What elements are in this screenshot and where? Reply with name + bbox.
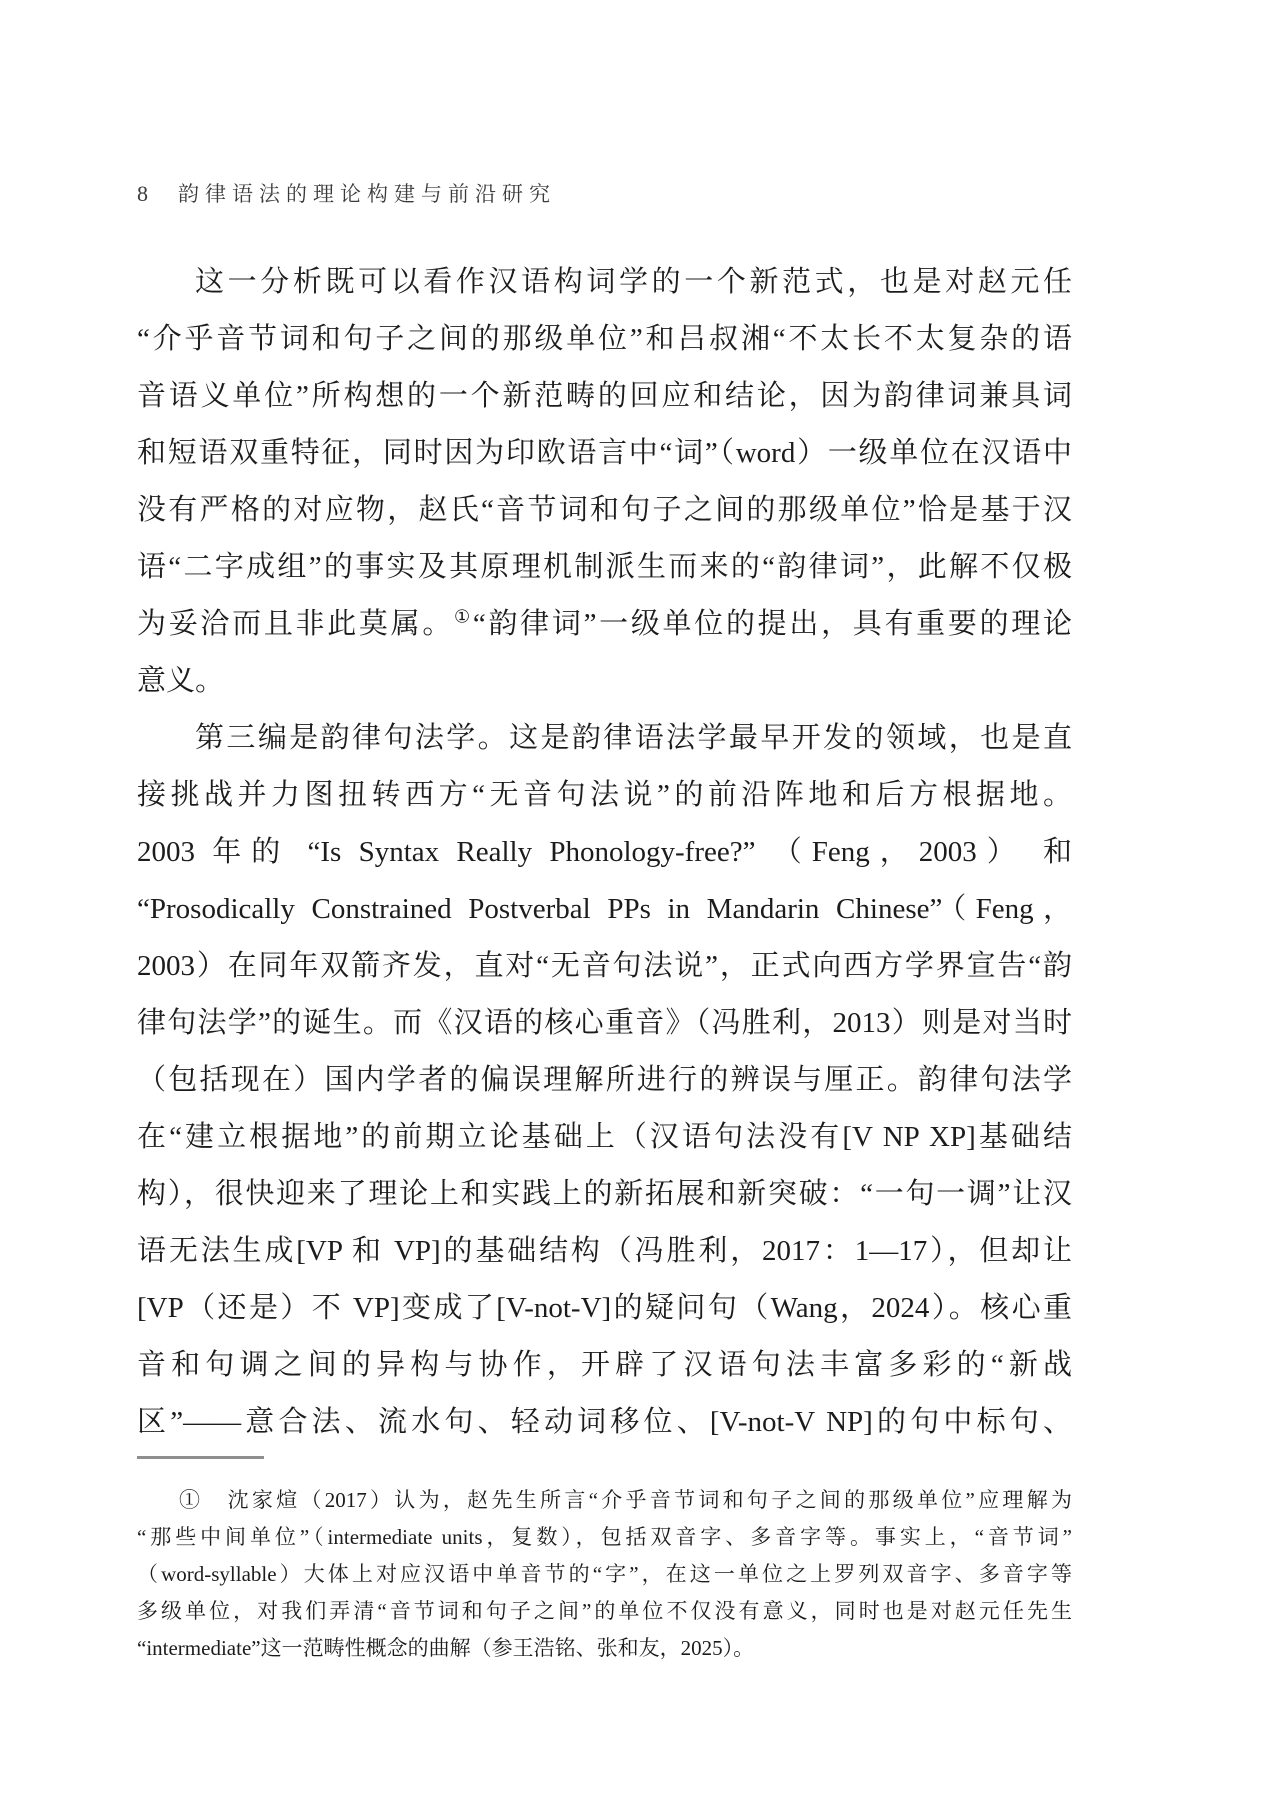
footnote-line: （word-syllable）大体上对应汉语中单音节的“字”，在这一单位之上罗列… bbox=[137, 1556, 1072, 1593]
running-title: 韵律语法的理论构建与前沿研究 bbox=[178, 178, 556, 208]
body-text-line: 意义。 bbox=[137, 653, 1072, 710]
body-text-line: 语无法生成[VP 和 VP]的基础结构（冯胜利，2017：1—17），但却让 bbox=[137, 1223, 1072, 1280]
body-text-line: 音语义单位”所构想的一个新范畴的回应和结论，因为韵律词兼具词 bbox=[137, 368, 1072, 425]
footnote-separator-rule bbox=[137, 1456, 264, 1459]
body-text-line: 为妥洽而且非此莫属。①“韵律词”一级单位的提出，具有重要的理论 bbox=[137, 596, 1072, 653]
body-text-line: （包括现在）国内学者的偏误理解所进行的辨误与厘正。韵律句法学 bbox=[137, 1052, 1072, 1109]
body-text-line: “Prosodically Constrained Postverbal PPs… bbox=[137, 881, 1072, 938]
body-text-line: 语“二字成组”的事实及其原理机制派生而来的“韵律词”，此解不仅极 bbox=[137, 539, 1072, 596]
footnote-reference-mark: ① bbox=[454, 606, 473, 626]
book-page: 8 韵律语法的理论构建与前沿研究 这一分析既可以看作汉语构词学的一个新范式，也是… bbox=[0, 0, 1280, 1819]
body-text-line: 这一分析既可以看作汉语构词学的一个新范式，也是对赵元任 bbox=[137, 254, 1072, 311]
body-text-line: 音和句调之间的异构与协作，开辟了汉语句法丰富多彩的“新战 bbox=[137, 1337, 1072, 1394]
body-text-line: 构），很快迎来了理论上和实践上的新拓展和新突破：“一句一调”让汉 bbox=[137, 1166, 1072, 1223]
body-text-line: 第三编是韵律句法学。这是韵律语法学最早开发的领域，也是直 bbox=[137, 710, 1072, 767]
body-text-line: “介乎音节词和句子之间的那级单位”和吕叔湘“不太长不太复杂的语 bbox=[137, 311, 1072, 368]
body-text-line: 律句法学”的诞生。而《汉语的核心重音》（冯胜利，2013）则是对当时 bbox=[137, 995, 1072, 1052]
footnote-line: “intermediate”这一范畴性概念的曲解（参王浩铭、张和友，2025）。 bbox=[137, 1630, 1072, 1667]
footnote: ① 沈家煊（2017）认为，赵先生所言“介乎音节词和句子之间的那级单位”应理解为… bbox=[137, 1482, 1072, 1667]
body-text-line: 接挑战并力图扭转西方“无音句法说”的前沿阵地和后方根据地。 bbox=[137, 767, 1072, 824]
paragraph-1: 这一分析既可以看作汉语构词学的一个新范式，也是对赵元任 “介乎音节词和句子之间的… bbox=[137, 254, 1072, 710]
body-text-segment: 为妥洽而且非此莫属。 bbox=[137, 608, 454, 640]
page-number: 8 bbox=[137, 181, 148, 207]
body-text: 这一分析既可以看作汉语构词学的一个新范式，也是对赵元任 “介乎音节词和句子之间的… bbox=[137, 254, 1072, 1451]
body-text-line: 区”——意合法、流水句、轻动词移位、[V-not-V NP]的句中标句、 bbox=[137, 1394, 1072, 1451]
body-text-line: 2003 年的 “Is Syntax Really Phonology-free… bbox=[137, 824, 1072, 881]
body-text-segment: “韵律词”一级单位的提出，具有重要的理论 bbox=[473, 608, 1072, 640]
body-text-line: 2003）在同年双箭齐发，直对“无音句法说”，正式向西方学界宣告“韵 bbox=[137, 938, 1072, 995]
footnote-line: ① 沈家煊（2017）认为，赵先生所言“介乎音节词和句子之间的那级单位”应理解为 bbox=[137, 1482, 1072, 1519]
body-text-line: [VP（还是）不 VP]变成了[V-not-V]的疑问句（Wang，2024）。… bbox=[137, 1280, 1072, 1337]
footnote-line: “那些中间单位”（intermediate units，复数），包括双音字、多音… bbox=[137, 1519, 1072, 1556]
body-text-line: 在“建立根据地”的前期立论基础上（汉语句法没有[V NP XP]基础结 bbox=[137, 1109, 1072, 1166]
paragraph-2: 第三编是韵律句法学。这是韵律语法学最早开发的领域，也是直 接挑战并力图扭转西方“… bbox=[137, 710, 1072, 1451]
running-head: 8 韵律语法的理论构建与前沿研究 bbox=[137, 178, 556, 208]
footnote-line: 多级单位，对我们弄清“音节词和句子之间”的单位不仅没有意义，同时也是对赵元任先生 bbox=[137, 1593, 1072, 1630]
body-text-line: 没有严格的对应物，赵氏“音节词和句子之间的那级单位”恰是基于汉 bbox=[137, 482, 1072, 539]
body-text-line: 和短语双重特征，同时因为印欧语言中“词”（word）一级单位在汉语中 bbox=[137, 425, 1072, 482]
